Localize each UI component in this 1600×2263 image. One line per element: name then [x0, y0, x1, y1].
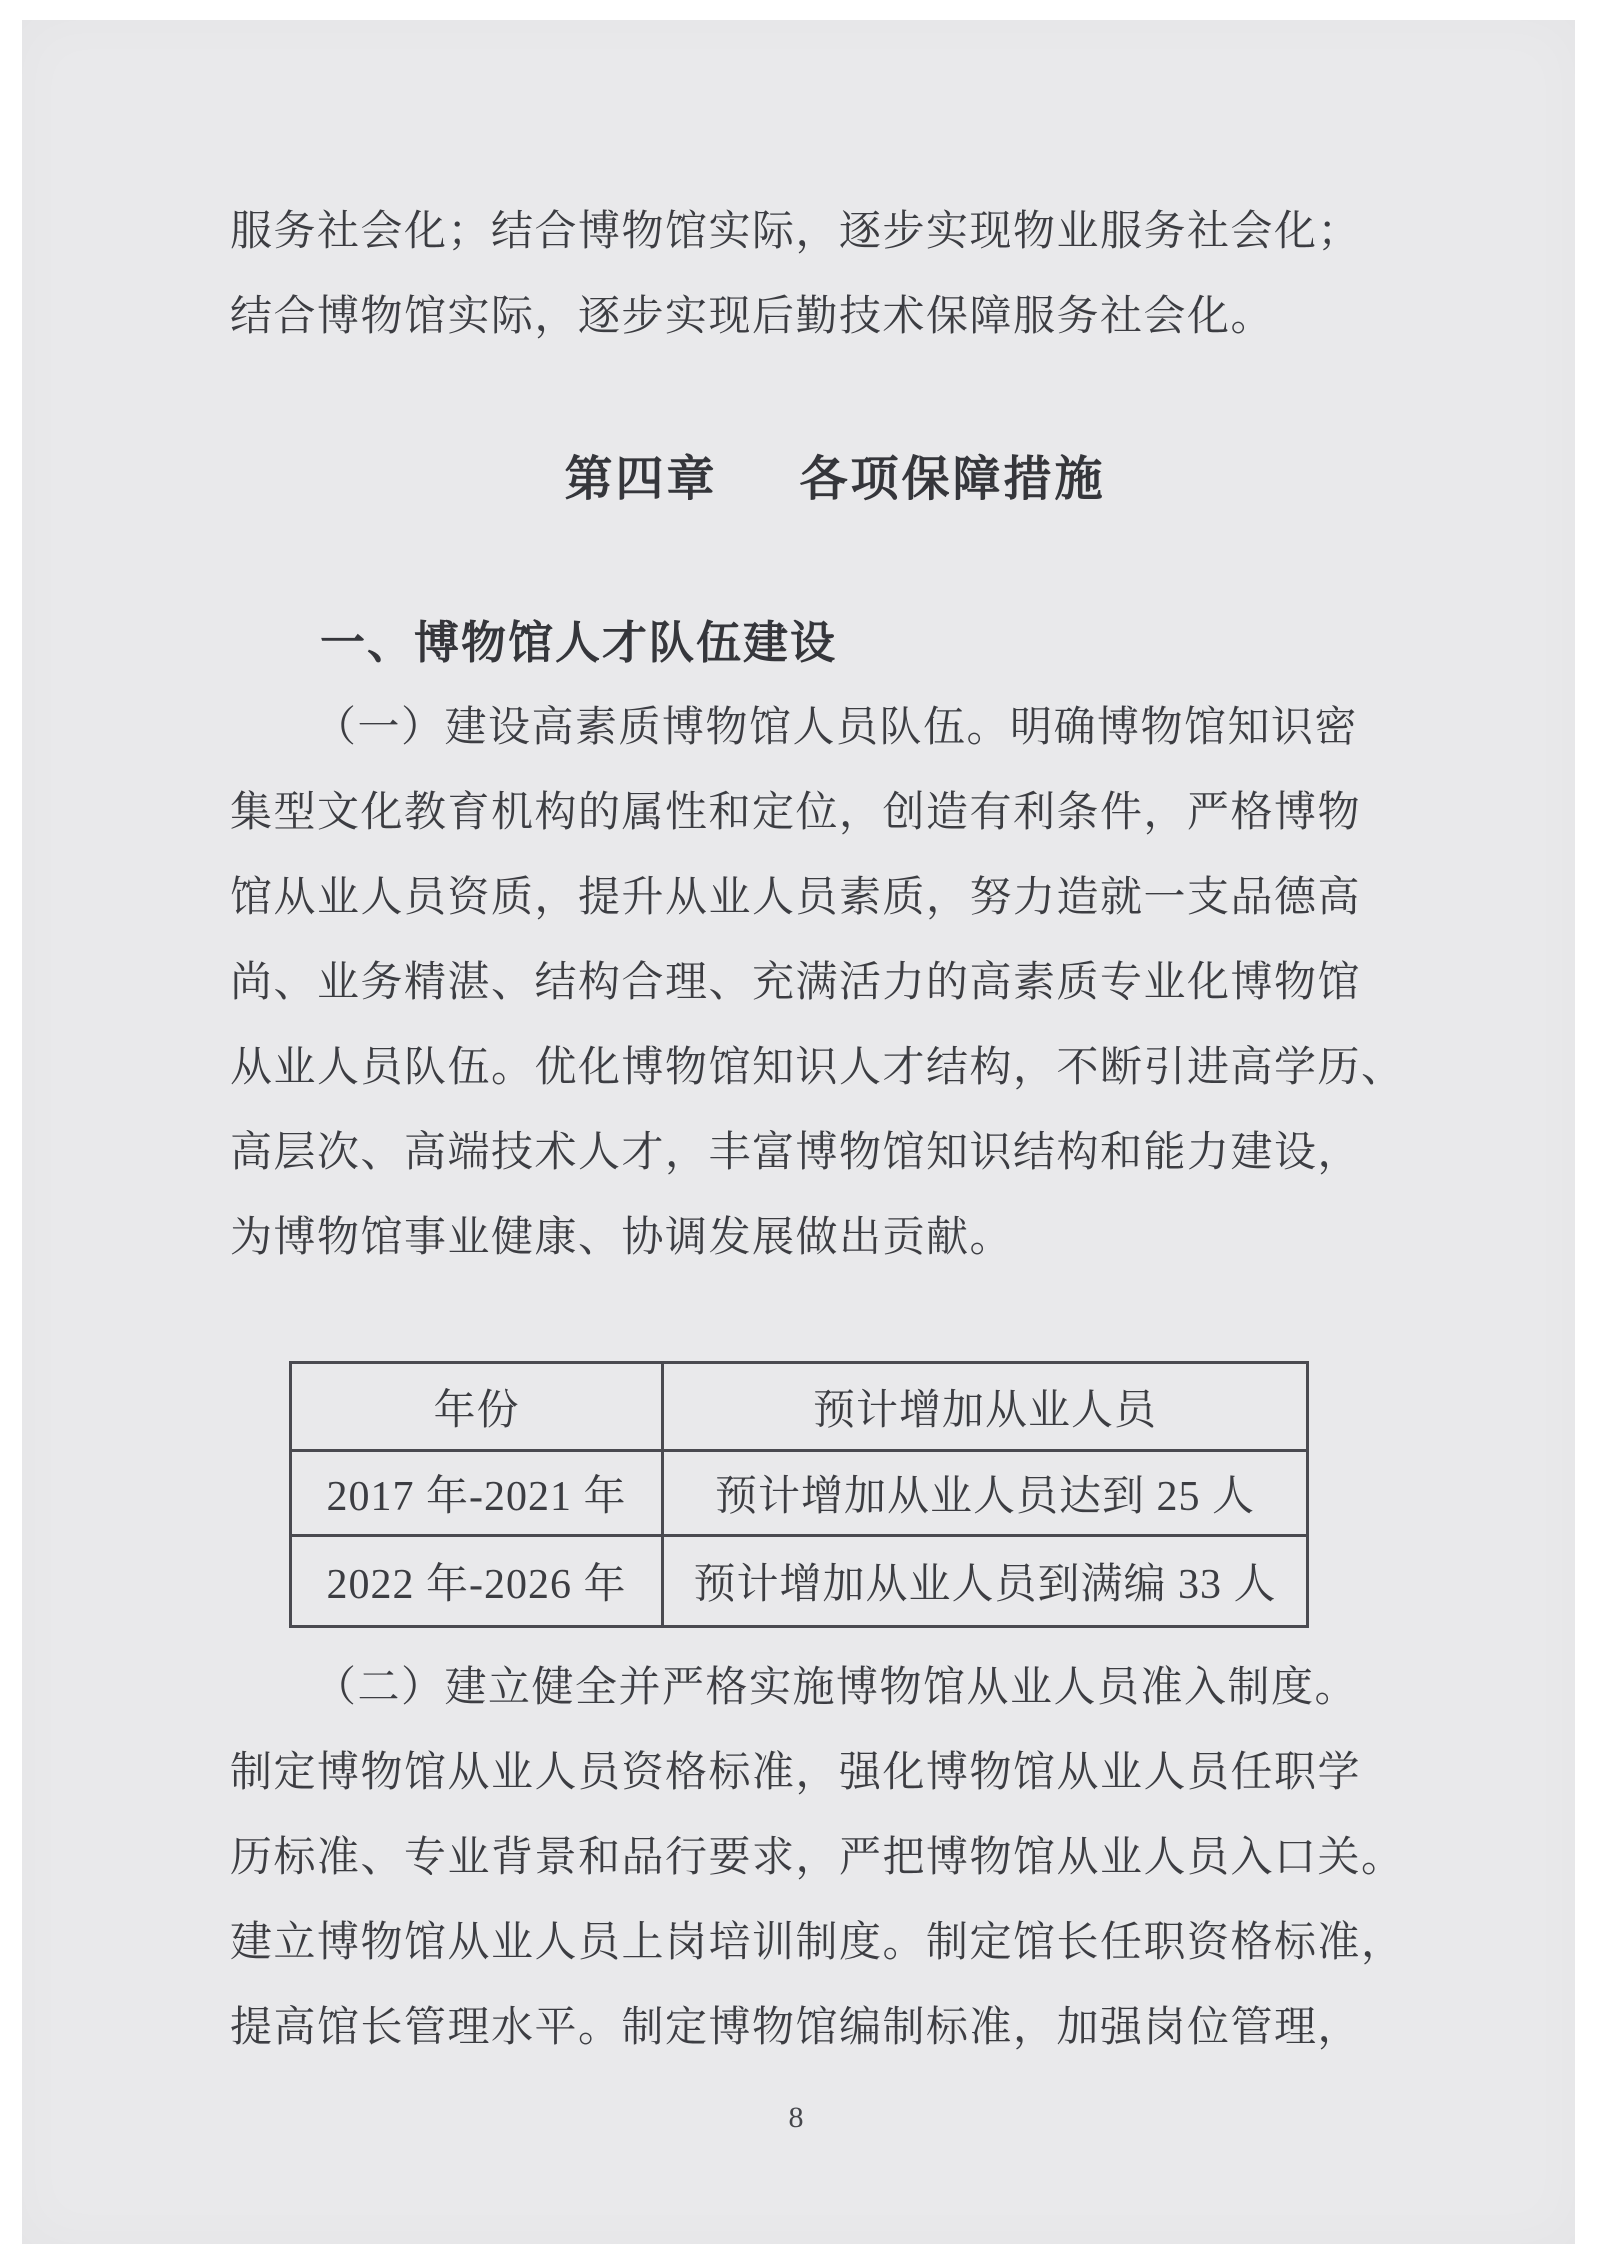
- table-header-row: 年份 预计增加从业人员: [291, 1363, 1308, 1451]
- body-line: 集型文化教育机构的属性和定位，创造有利条件，严格博物: [230, 771, 1362, 856]
- table-cell-year: 2017 年-2021 年: [291, 1451, 663, 1536]
- body-line: 尚、业务精湛、结构合理、充满活力的高素质专业化博物馆: [230, 941, 1362, 1026]
- staff-projection-table: 年份 预计增加从业人员 2017 年-2021 年 预计增加从业人员达到 25 …: [289, 1361, 1309, 1628]
- table-cell-staff: 预计增加从业人员达到 25 人: [663, 1451, 1308, 1536]
- table-row: 2022 年-2026 年 预计增加从业人员到满编 33 人: [291, 1536, 1308, 1627]
- intro-line: 服务社会化；结合博物馆实际，逐步实现物业服务社会化；: [230, 190, 1362, 275]
- table-header-year: 年份: [291, 1363, 663, 1451]
- section-heading: 一、博物馆人才队伍建设: [230, 614, 1362, 672]
- table-row: 2017 年-2021 年 预计增加从业人员达到 25 人: [291, 1451, 1308, 1536]
- intro-line: 结合博物馆实际，逐步实现后勤技术保障服务社会化。: [230, 275, 1362, 360]
- page-scan-area: 服务社会化；结合博物馆实际，逐步实现物业服务社会化； 结合博物馆实际，逐步实现后…: [22, 20, 1575, 2244]
- body-line: 制定博物馆从业人员资格标准，强化博物馆从业人员任职学: [230, 1731, 1362, 1816]
- table-cell-year: 2022 年-2026 年: [291, 1536, 663, 1627]
- body-line: 从业人员队伍。优化博物馆知识人才结构，不断引进高学历、: [230, 1026, 1362, 1111]
- table-cell-staff: 预计增加从业人员到满编 33 人: [663, 1536, 1308, 1627]
- body-line: （二）建立健全并严格实施博物馆从业人员准入制度。: [230, 1646, 1362, 1731]
- table-header-staff: 预计增加从业人员: [663, 1363, 1308, 1451]
- intro-paragraph: 服务社会化；结合博物馆实际，逐步实现物业服务社会化； 结合博物馆实际，逐步实现后…: [230, 190, 1362, 360]
- body-line: 提高馆长管理水平。制定博物馆编制标准，加强岗位管理，: [230, 1986, 1362, 2071]
- body-line: 建立博物馆从业人员上岗培训制度。制定馆长任职资格标准，: [230, 1901, 1362, 1986]
- paragraph-one: （一）建设高素质博物馆人员队伍。明确博物馆知识密 集型文化教育机构的属性和定位，…: [230, 686, 1362, 1281]
- body-line: 为博物馆事业健康、协调发展做出贡献。: [230, 1196, 1362, 1281]
- body-line: （一）建设高素质博物馆人员队伍。明确博物馆知识密: [230, 686, 1362, 771]
- chapter-number: 第四章: [564, 453, 717, 506]
- chapter-heading: 第四章各项保障措施: [230, 450, 1362, 510]
- chapter-title: 各项保障措施: [800, 453, 1106, 506]
- scanned-document-page: 服务社会化；结合博物馆实际，逐步实现物业服务社会化； 结合博物馆实际，逐步实现后…: [0, 0, 1600, 2263]
- body-line: 高层次、高端技术人才，丰富博物馆知识结构和能力建设，: [230, 1111, 1362, 1196]
- body-line: 历标准、专业背景和品行要求，严把博物馆从业人员入口关。: [230, 1816, 1362, 1901]
- body-line: 馆从业人员资质，提升从业人员素质，努力造就一支品德高: [230, 856, 1362, 941]
- page-number: 8: [230, 2098, 1362, 2138]
- paragraph-two: （二）建立健全并严格实施博物馆从业人员准入制度。 制定博物馆从业人员资格标准，强…: [230, 1646, 1362, 2071]
